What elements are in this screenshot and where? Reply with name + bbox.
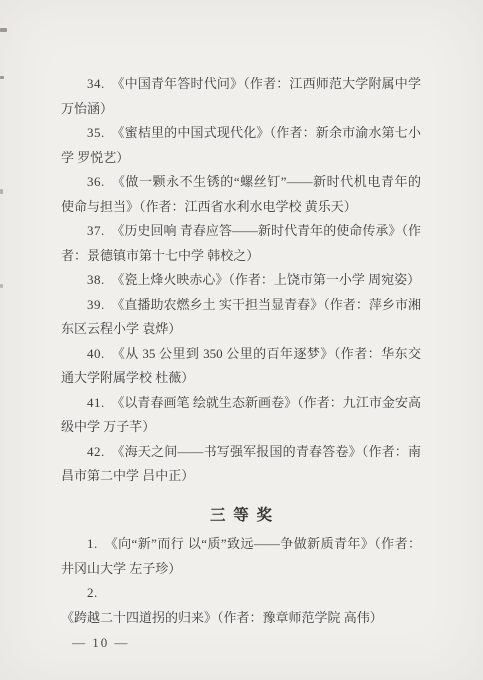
item-number: 34. (87, 76, 105, 91)
list-item: 34.《中国青年答时代问》（作者：江西师范大学附属中学 万怡涵） (61, 72, 421, 121)
list-item: 1.《向“新”而行 以“质”致远——争做新质青年》（作者：井冈山大学 左子珍） (61, 532, 421, 581)
item-text: 《直播助农燃乡土 实干担当显青春》（作者：萍乡市湘东区云程小学 袁烨） (61, 297, 421, 337)
item-number: 2. (87, 585, 98, 600)
scan-artifact-speck (0, 189, 3, 194)
item-text: 《做一颗永不生锈的“螺丝钉”——新时代机电青年的使命与担当》（作者：江西省水利水… (61, 174, 421, 214)
item-text: 《中国青年答时代问》（作者：江西师范大学附属中学 万怡涵） (61, 76, 421, 116)
item-number: 1. (87, 536, 98, 551)
scan-artifact-speck (0, 284, 3, 288)
item-text: 《向“新”而行 以“质”致远——争做新质青年》（作者：井冈山大学 左子珍） (61, 536, 421, 576)
award-list: 34.《中国青年答时代问》（作者：江西师范大学附属中学 万怡涵） 35.《蜜桔里… (61, 72, 421, 656)
item-number: 41. (87, 395, 105, 410)
item-number: 37. (87, 223, 105, 238)
scan-artifact-speck (0, 28, 7, 32)
list-item: 35.《蜜桔里的中国式现代化》（作者：新余市渝水第七小学 罗悦艺） (61, 121, 421, 170)
item-text: 《历史回响 青春应答——新时代青年的使命传承》（作者：景德镇市第十七中学 韩校之… (61, 223, 421, 263)
document-page: 34.《中国青年答时代问》（作者：江西师范大学附属中学 万怡涵） 35.《蜜桔里… (0, 0, 483, 680)
list-item: 42.《海天之间——书写强军报国的青春答卷》（作者：南昌市第二中学 吕中正） (61, 440, 421, 489)
item-number: 38. (87, 272, 105, 287)
item-number: 35. (87, 125, 105, 140)
item-text: 《从 35 公里到 350 公里的百年逐梦》（作者：华东交通大学附属学校 杜薇） (61, 346, 421, 386)
list-item: 40.《从 35 公里到 350 公里的百年逐梦》（作者：华东交通大学附属学校 … (61, 342, 421, 391)
list-item: 2.《跨越二十四道拐的归来》（作者：豫章师范学院 高伟） (61, 581, 421, 630)
item-text: 《以青春画笔 绘就生态新画卷》（作者：九江市金安高级中学 万子芊） (61, 395, 421, 435)
item-text: 《跨越二十四道拐的归来》（作者：豫章师范学院 高伟） (61, 610, 383, 625)
page-number: — 10 — (61, 631, 421, 656)
list-item: 37.《历史回响 青春应答——新时代青年的使命传承》（作者：景德镇市第十七中学 … (61, 219, 421, 268)
list-item: 39.《直播助农燃乡土 实干担当显青春》（作者：萍乡市湘东区云程小学 袁烨） (61, 293, 421, 342)
item-text: 《蜜桔里的中国式现代化》（作者：新余市渝水第七小学 罗悦艺） (61, 125, 421, 165)
scan-artifact-speck (0, 76, 4, 79)
list-item: 41.《以青春画笔 绘就生态新画卷》（作者：九江市金安高级中学 万子芊） (61, 391, 421, 440)
item-number: 39. (87, 297, 105, 312)
item-number: 40. (87, 346, 105, 361)
item-text: 《瓷上烽火映赤心》（作者：上饶市第一小学 周宛姿） (111, 272, 420, 287)
section-heading-third-prize: 三等奖 (61, 504, 421, 529)
item-number: 36. (87, 174, 105, 189)
item-number: 42. (87, 444, 105, 459)
list-item: 36.《做一颗永不生锈的“螺丝钉”——新时代机电青年的使命与担当》（作者：江西省… (61, 170, 421, 219)
item-text: 《海天之间——书写强军报国的青春答卷》（作者：南昌市第二中学 吕中正） (61, 444, 421, 484)
list-item: 38.《瓷上烽火映赤心》（作者：上饶市第一小学 周宛姿） (61, 268, 421, 293)
